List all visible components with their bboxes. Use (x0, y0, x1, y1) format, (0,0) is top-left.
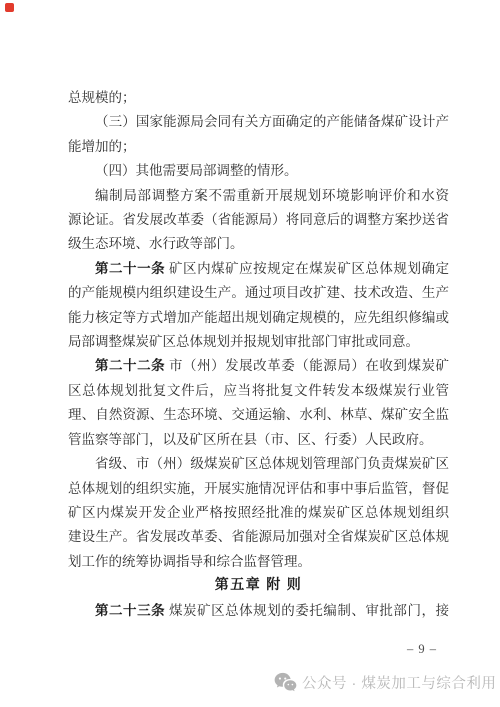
text-line: 第二十三条 煤炭矿区总体规划的委托编制、审批部门，接 (68, 599, 449, 623)
text-line: 划工作的统筹协调指导和综合监督管理。 (68, 550, 449, 574)
text-line: 理、自然资源、生态环境、交通运输、水利、林草、煤矿安全监 (68, 403, 449, 427)
screenshot-root: { "colors": { "page_bg": "#ffffff", "tex… (0, 0, 500, 707)
text-line: 源论证。省发展改革委（省能源局）将同意后的调整方案抄送省 (68, 208, 449, 232)
text-line: 建设生产。省发展改革委、省能源局加强对全省煤炭矿区总体规 (68, 525, 449, 549)
page-number: – 9 – (407, 642, 437, 657)
text-line: 级生态环境、水行政等部门。 (68, 232, 449, 256)
text-line: （四）其他需要局部调整的情形。 (68, 159, 449, 183)
red-corner-mark (5, 3, 14, 12)
text-line: 矿区内煤炭开发企业严格按照经批准的煤炭矿区总体规划组织 (68, 501, 449, 525)
text-line: 总体规划的组织实施，开展实施情况评估和事中事后监管，督促 (68, 477, 449, 501)
text-line: 的产能规模内组织建设生产。通过项目改扩建、技术改造、生产 (68, 281, 449, 305)
document-body: 总规模的；（三）国家能源局会同有关方面确定的产能储备煤矿设计产能增加的；（四）其… (68, 86, 449, 623)
text-line: 区总体规划批复文件后，应当将批复文件转发本级煤炭行业管 (68, 379, 449, 403)
watermark-footer: 公众号 · 煤炭加工与综合利用 (274, 672, 496, 693)
text-line: 第二十一条 矿区内煤矿应按规定在煤炭矿区总体规划确定 (68, 257, 449, 281)
clause-lead: 第二十二条 (95, 358, 165, 373)
text-line: 第二十二条 市（州）发展改革委（能源局）在收到煤炭矿 (68, 354, 449, 378)
watermark-text: 公众号 · 煤炭加工与综合利用 (302, 672, 496, 693)
text-line: 能增加的； (68, 135, 449, 159)
text-line: 局部调整煤炭矿区总体规划并报规划审批部门审批或同意。 (68, 330, 449, 354)
text-line: 能力核定等方式增加产能超出规划确定规模的，应先组织修编或 (68, 306, 449, 330)
text-line: 管监察等部门，以及矿区所在县（市、区、行委）人民政府。 (68, 428, 449, 452)
wechat-icon (274, 672, 297, 693)
text-line: 编制局部调整方案不需重新开展规划环境影响评价和水资 (68, 184, 449, 208)
text-line: 总规模的； (68, 86, 449, 110)
clause-lead: 第二十三条 (95, 603, 165, 618)
chapter-heading: 第五章 附 则 (68, 574, 449, 598)
text-line: 省级、市（州）级煤炭矿区总体规划管理部门负责煤炭矿区 (68, 452, 449, 476)
clause-lead: 第二十一条 (95, 261, 165, 276)
text-line: （三）国家能源局会同有关方面确定的产能储备煤矿设计产 (68, 110, 449, 134)
